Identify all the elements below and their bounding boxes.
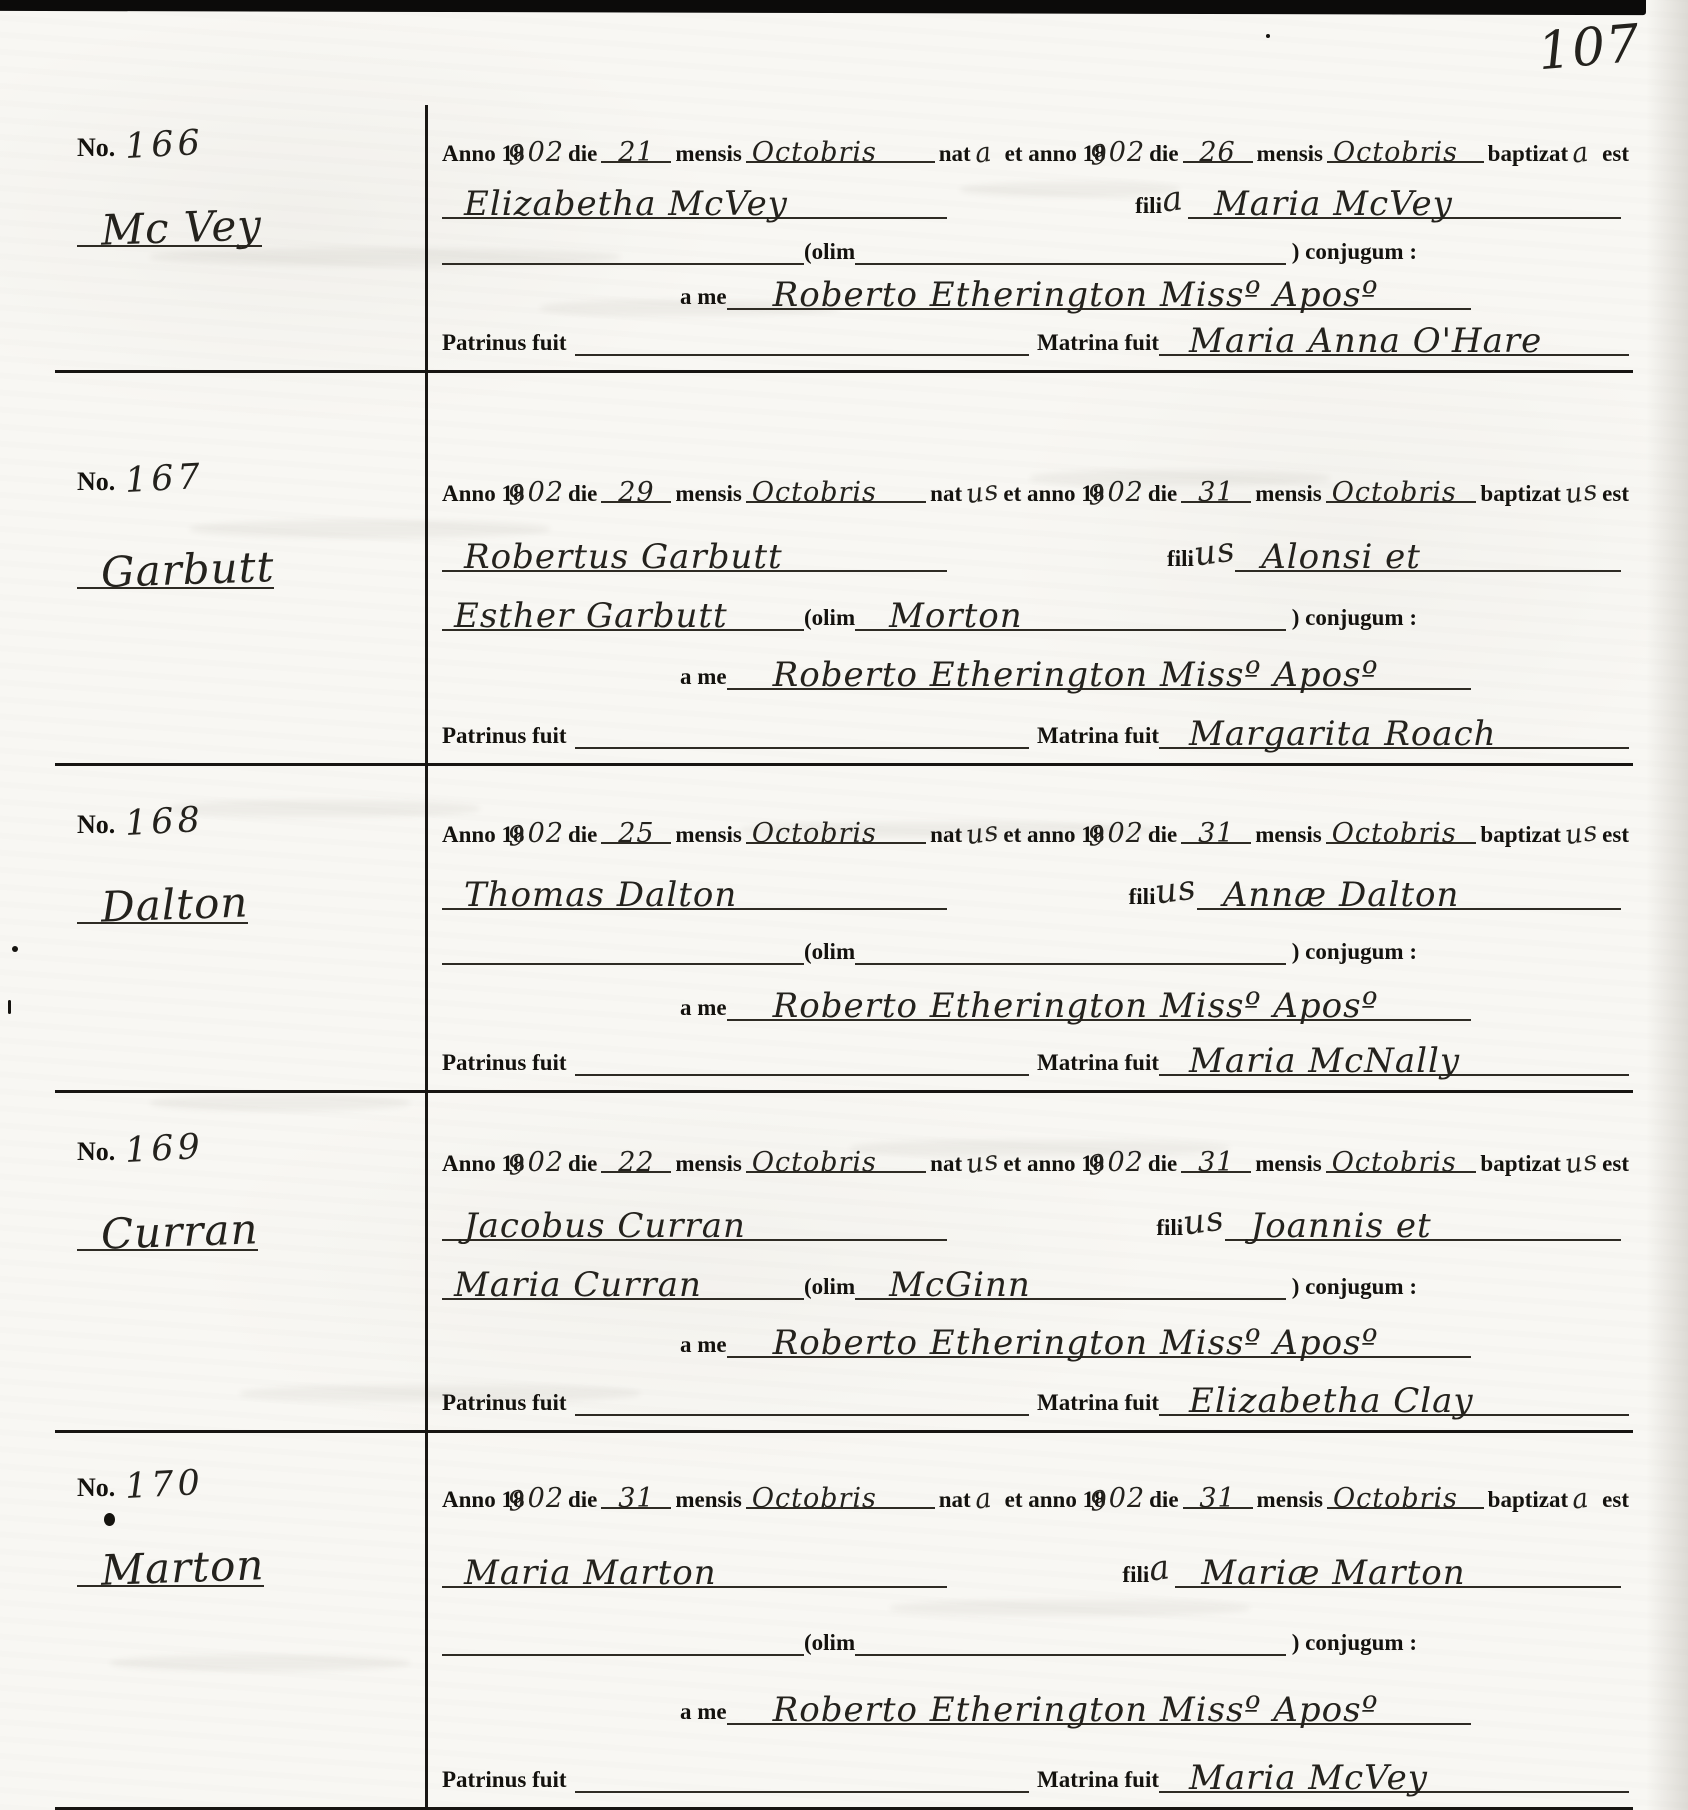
year-overwrite: 9 <box>507 820 528 853</box>
matrina-label: Matrina fuit <box>1037 1390 1159 1416</box>
child-name-line: Thomas Dalton fili us Annæ Dalton <box>442 868 1629 910</box>
dates-line: Anno 18 9 02 die 29 mensis Octobris nat … <box>442 473 1629 513</box>
matrina-label: Matrina fuit <box>1037 1767 1159 1793</box>
mensis-label: mensis <box>1257 141 1323 167</box>
year-hand: 02 <box>1109 137 1145 168</box>
maiden-name-rule: Morton <box>855 593 1286 631</box>
born-day-rule: 21 <box>601 133 671 163</box>
year-overwrite: 9 <box>1087 479 1108 512</box>
matrina-rule: Maria McVey <box>1159 1755 1629 1793</box>
maiden-name-value: McGinn <box>889 1265 1031 1305</box>
surname-line: Marton <box>77 1549 425 1587</box>
child-name-rule: Robertus Garbutt <box>442 534 947 572</box>
baptizat-suffix: us <box>1563 816 1600 851</box>
parent-name-rule: Alonsi et <box>1235 534 1621 572</box>
mother-name-rule: Maria Curran <box>442 1262 804 1300</box>
patrinus-rule <box>575 1378 1029 1416</box>
conjugum-label: ) conjugum : <box>1292 1274 1417 1300</box>
est-label: est <box>1602 141 1629 167</box>
baptized-day-value: 31 <box>1198 818 1234 849</box>
entry-number: No. 166 <box>77 125 425 165</box>
year-hand: 02 <box>1108 818 1144 849</box>
conjugum-label: ) conjugum : <box>1292 605 1417 631</box>
dates-line: Anno 18 9 02 die 21 mensis Octobris nat … <box>442 133 1629 173</box>
minister-line: a me Roberto Etherington Missº Aposº <box>680 648 1471 690</box>
minister-line: a me Roberto Etherington Missº Aposº <box>680 1316 1471 1358</box>
patrinus-rule <box>575 1038 1029 1076</box>
register-entry: No. 167 Garbutt Anno 18 9 02 die 29 mens… <box>55 370 1633 763</box>
conjugum-label: ) conjugum : <box>1292 939 1417 965</box>
fili-suffix: us <box>1191 529 1238 574</box>
die-label: die <box>1148 822 1177 848</box>
fili-label: fili <box>1156 1215 1183 1241</box>
surname-rule: Garbutt <box>77 551 274 589</box>
no-label: No. <box>77 1473 115 1503</box>
born-month-rule: Octobris <box>746 814 926 844</box>
entry-right-column: Anno 18 9 02 die 31 mensis Octobris nat … <box>428 1433 1633 1807</box>
born-day-value: 31 <box>618 1483 654 1514</box>
parent-name-value: Maria McVey <box>1214 184 1453 224</box>
nat-label: nat <box>939 141 971 167</box>
ink-speck <box>8 1000 11 1014</box>
sponsors-line: Patrinus fuit Matrina fuit Maria Anna O'… <box>442 314 1629 356</box>
child-name-rule: Maria Marton <box>442 1550 947 1588</box>
child-name-value: Maria Marton <box>464 1553 717 1593</box>
die-label: die <box>568 141 597 167</box>
minister-rule: Roberto Etherington Missº Aposº <box>727 652 1471 690</box>
parent-name-rule: Annæ Dalton <box>1197 872 1621 910</box>
mensis-label: mensis <box>1255 481 1321 507</box>
nat-suffix: a <box>973 135 1003 169</box>
baptizat-label: baptizat <box>1480 1151 1561 1177</box>
baptizat-label: baptizat <box>1488 141 1569 167</box>
baptizat-suffix: us <box>1563 475 1600 510</box>
dates-line: Anno 18 9 02 die 31 mensis Octobris nat … <box>442 1479 1629 1519</box>
maiden-name-value: Morton <box>889 596 1023 636</box>
year-overwrite: 9 <box>507 1149 528 1182</box>
child-name-value: Jacobus Curran <box>464 1206 746 1246</box>
fili-label: fili <box>1129 884 1156 910</box>
no-label: No. <box>77 810 115 840</box>
no-value: 170 <box>124 1463 205 1507</box>
baptized-day-rule: 31 <box>1181 1143 1251 1173</box>
maiden-name-line: Esther Garbutt (olim Morton ) conjugum : <box>442 589 1417 631</box>
parent-name-rule: Maria McVey <box>1188 181 1621 219</box>
patrinus-label: Patrinus fuit <box>442 1767 567 1793</box>
fili-suffix: a <box>1147 1546 1178 1589</box>
parent-name-rule: Joannis et <box>1225 1203 1621 1241</box>
est-label: est <box>1602 1487 1629 1513</box>
minister-value: Roberto Etherington Missº Aposº <box>773 1323 1379 1363</box>
baptized-day-value: 31 <box>1198 1147 1234 1178</box>
nat-suffix: a <box>973 1481 1003 1515</box>
baptized-month-rule: Octobris <box>1326 814 1477 844</box>
dates-line: Anno 18 9 02 die 22 mensis Octobris nat … <box>442 1143 1629 1183</box>
mensis-label: mensis <box>675 822 741 848</box>
est-label: est <box>1602 1151 1629 1177</box>
baptized-month-value: Octobris <box>1332 477 1457 508</box>
child-name-line: Jacobus Curran fili us Joannis et <box>442 1199 1629 1241</box>
mother-name-rule: Esther Garbutt <box>442 593 804 631</box>
matrina-rule: Margarita Roach <box>1159 711 1629 749</box>
minister-rule: Roberto Etherington Missº Aposº <box>727 272 1471 310</box>
year-hand: 02 <box>528 137 564 168</box>
maiden-name-rule: McGinn <box>855 1262 1286 1300</box>
baptizat-suffix: us <box>1563 1145 1600 1180</box>
a-me-label: a me <box>680 1332 727 1358</box>
baptized-month-rule: Octobris <box>1327 133 1484 163</box>
patrinus-rule <box>575 1755 1029 1793</box>
minister-rule: Roberto Etherington Missº Aposº <box>727 983 1471 1021</box>
year-overwrite: 9 <box>1087 820 1108 853</box>
baptizat-label: baptizat <box>1480 822 1561 848</box>
nat-label: nat <box>930 1151 962 1177</box>
born-day-rule: 22 <box>601 1143 671 1173</box>
a-me-label: a me <box>680 1699 727 1725</box>
baptized-day-rule: 31 <box>1181 473 1251 503</box>
baptizat-label: baptizat <box>1488 1487 1569 1513</box>
maiden-name-line: (olim ) conjugum : <box>442 1614 1417 1656</box>
year-overwrite: 9 <box>507 1485 528 1518</box>
baptized-day-rule: 31 <box>1183 1479 1253 1509</box>
child-name-rule: Elizabetha McVey <box>442 181 947 219</box>
year-hand: 02 <box>528 1147 564 1178</box>
register-entry: No. 168 Dalton Anno 18 9 02 die 25 mensi… <box>55 763 1633 1090</box>
baptizat-suffix: a <box>1570 1481 1600 1515</box>
olim-label: (olim <box>804 1630 855 1656</box>
no-value: 166 <box>124 123 205 167</box>
matrina-rule: Elizabetha Clay <box>1159 1378 1629 1416</box>
die-label: die <box>1149 1487 1178 1513</box>
fili-suffix: us <box>1181 1199 1228 1244</box>
parent-name-value: Alonsi et <box>1261 537 1421 577</box>
baptized-day-rule: 31 <box>1181 814 1251 844</box>
minister-line: a me Roberto Etherington Missº Aposº <box>680 979 1471 1021</box>
sponsors-line: Patrinus fuit Matrina fuit Elizabetha Cl… <box>442 1374 1629 1416</box>
register-entry: No. 170 Marton Anno 18 9 02 die 31 mensi… <box>55 1430 1633 1807</box>
fili-label: fili <box>1122 1562 1149 1588</box>
baptizat-label: baptizat <box>1480 481 1561 507</box>
maiden-name-line: (olim ) conjugum : <box>442 923 1417 965</box>
minister-value: Roberto Etherington Missº Aposº <box>773 1690 1379 1730</box>
year-hand: 02 <box>1109 1483 1145 1514</box>
born-month-value: Octobris <box>752 818 877 849</box>
maiden-name-rule <box>855 927 1286 965</box>
entry-right-column: Anno 18 9 02 die 29 mensis Octobris nat … <box>428 373 1633 763</box>
matrina-value: Margarita Roach <box>1189 714 1497 754</box>
minister-value: Roberto Etherington Missº Aposº <box>773 655 1379 695</box>
mother-name-rule <box>442 1618 804 1656</box>
surname-line: Curran <box>77 1213 425 1251</box>
a-me-label: a me <box>680 664 727 690</box>
fili-label: fili <box>1135 193 1162 219</box>
born-month-value: Octobris <box>752 1147 877 1178</box>
no-label: No. <box>77 1137 115 1167</box>
surname-rule: Mc Vey <box>77 209 262 247</box>
maiden-name-line: Maria Curran (olim McGinn ) conjugum : <box>442 1258 1417 1300</box>
minister-value: Roberto Etherington Missº Aposº <box>773 275 1379 315</box>
dates-line: Anno 18 9 02 die 25 mensis Octobris nat … <box>442 814 1629 854</box>
maiden-name-rule <box>855 1618 1286 1656</box>
mensis-label: mensis <box>1255 1151 1321 1177</box>
child-name-rule: Jacobus Curran <box>442 1203 947 1241</box>
die-label: die <box>1149 141 1178 167</box>
child-name-value: Elizabetha McVey <box>464 184 788 224</box>
surname-rule: Curran <box>77 1213 258 1251</box>
sponsors-line: Patrinus fuit Matrina fuit Maria McNally <box>442 1034 1629 1076</box>
year-overwrite: 9 <box>507 479 528 512</box>
born-day-value: 29 <box>618 477 654 508</box>
maiden-name-line: (olim ) conjugum : <box>442 223 1417 265</box>
born-day-rule: 25 <box>601 814 671 844</box>
year-overwrite: 9 <box>1087 1149 1108 1182</box>
patrinus-label: Patrinus fuit <box>442 1390 567 1416</box>
nat-suffix: us <box>964 816 1001 851</box>
mensis-label: mensis <box>1257 1487 1323 1513</box>
fili-label: fili <box>1167 546 1194 572</box>
entry-number: No. 168 <box>77 802 425 842</box>
entries: No. 166 Mc Vey Anno 18 9 02 die 21 mensi… <box>55 105 1633 1810</box>
child-name-line: Maria Marton fili a Mariæ Marton <box>442 1546 1629 1588</box>
die-label: die <box>568 822 597 848</box>
child-name-line: Elizabetha McVey fili a Maria McVey <box>442 177 1629 219</box>
mensis-label: mensis <box>675 141 741 167</box>
minister-rule: Roberto Etherington Missº Aposº <box>727 1320 1471 1358</box>
entry-left-column: No. 167 Garbutt <box>55 373 428 763</box>
baptized-month-value: Octobris <box>1332 818 1457 849</box>
matrina-label: Matrina fuit <box>1037 723 1159 749</box>
maiden-name-rule <box>855 227 1286 265</box>
surname-line: Garbutt <box>77 551 425 589</box>
surname-value: Garbutt <box>100 542 275 597</box>
olim-label: (olim <box>804 939 855 965</box>
mother-name-rule <box>442 927 804 965</box>
surname-value: Dalton <box>100 877 249 931</box>
nat-suffix: us <box>964 1145 1001 1180</box>
patrinus-rule <box>575 318 1029 356</box>
minister-value: Roberto Etherington Missº Aposº <box>773 986 1379 1026</box>
born-month-value: Octobris <box>752 137 877 168</box>
die-label: die <box>568 481 597 507</box>
surname-value: Marton <box>100 1540 265 1595</box>
minister-line: a me Roberto Etherington Missº Aposº <box>680 268 1471 310</box>
surname-rule: Dalton <box>77 886 248 924</box>
no-value: 169 <box>124 1127 205 1171</box>
child-name-value: Robertus Garbutt <box>464 537 783 577</box>
baptized-month-value: Octobris <box>1333 137 1458 168</box>
parent-name-value: Mariæ Marton <box>1201 1553 1465 1593</box>
mensis-label: mensis <box>1255 822 1321 848</box>
ink-speck <box>1266 34 1270 38</box>
child-name-value: Thomas Dalton <box>464 875 737 915</box>
register-entry: No. 169 Curran Anno 18 9 02 die 22 mensi… <box>55 1090 1633 1430</box>
die-label: die <box>1148 481 1177 507</box>
no-label: No. <box>77 467 115 497</box>
minister-line: a me Roberto Etherington Missº Aposº <box>680 1683 1471 1725</box>
surname-value: Mc Vey <box>100 200 263 255</box>
parent-name-rule: Mariæ Marton <box>1175 1550 1621 1588</box>
a-me-label: a me <box>680 995 727 1021</box>
mother-name-rule <box>442 227 804 265</box>
baptized-day-rule: 26 <box>1183 133 1253 163</box>
entry-number: No. 169 <box>77 1129 425 1169</box>
nat-label: nat <box>939 1487 971 1513</box>
mensis-label: mensis <box>675 1487 741 1513</box>
entry-number: No. 167 <box>77 459 425 499</box>
year-hand: 02 <box>528 477 564 508</box>
no-value: 167 <box>124 457 205 501</box>
surname-rule: Marton <box>77 1549 264 1587</box>
patrinus-rule <box>575 711 1029 749</box>
patrinus-label: Patrinus fuit <box>442 723 567 749</box>
conjugum-label: ) conjugum : <box>1292 239 1417 265</box>
no-label: No. <box>77 133 115 163</box>
baptized-month-rule: Octobris <box>1327 1479 1484 1509</box>
born-day-rule: 31 <box>601 1479 671 1509</box>
mother-name-value: Esther Garbutt <box>454 596 728 636</box>
baptized-day-value: 31 <box>1199 1483 1235 1514</box>
born-day-rule: 29 <box>601 473 671 503</box>
register-entry: No. 166 Mc Vey Anno 18 9 02 die 21 mensi… <box>55 105 1633 370</box>
nat-label: nat <box>930 822 962 848</box>
surname-line: Mc Vey <box>77 209 425 247</box>
ink-speck <box>104 1513 115 1526</box>
matrina-value: Maria Anna O'Hare <box>1189 321 1542 361</box>
olim-label: (olim <box>804 239 855 265</box>
entry-number: No. 170 <box>77 1465 425 1505</box>
child-name-line: Robertus Garbutt fili us Alonsi et <box>442 530 1629 572</box>
die-label: die <box>1148 1151 1177 1177</box>
year-overwrite: 9 <box>1088 139 1109 172</box>
nat-suffix: us <box>964 475 1001 510</box>
conjugum-label: ) conjugum : <box>1292 1630 1417 1656</box>
est-label: est <box>1602 481 1629 507</box>
mensis-label: mensis <box>675 481 741 507</box>
entry-left-column: No. 166 Mc Vey <box>55 105 428 370</box>
fili-suffix: us <box>1153 867 1200 912</box>
child-name-rule: Thomas Dalton <box>442 872 947 910</box>
entry-right-column: Anno 18 9 02 die 21 mensis Octobris nat … <box>428 105 1633 370</box>
matrina-label: Matrina fuit <box>1037 330 1159 356</box>
minister-rule: Roberto Etherington Missº Aposº <box>727 1687 1471 1725</box>
entry-left-column: No. 170 Marton <box>55 1433 428 1807</box>
mother-name-value: Maria Curran <box>454 1265 702 1305</box>
die-label: die <box>568 1487 597 1513</box>
year-overwrite: 9 <box>1088 1485 1109 1518</box>
parent-name-value: Annæ Dalton <box>1223 875 1460 915</box>
born-month-rule: Octobris <box>746 1143 926 1173</box>
olim-label: (olim <box>804 605 855 631</box>
no-value: 168 <box>124 800 205 844</box>
year-overwrite: 9 <box>507 139 528 172</box>
born-month-rule: Octobris <box>746 133 935 163</box>
surname-line: Dalton <box>77 886 425 924</box>
matrina-label: Matrina fuit <box>1037 1050 1159 1076</box>
born-day-value: 25 <box>618 818 654 849</box>
baptized-month-value: Octobris <box>1332 1147 1457 1178</box>
page-edge-shading <box>1646 0 1688 1810</box>
matrina-value: Elizabetha Clay <box>1189 1381 1474 1421</box>
sponsors-line: Patrinus fuit Matrina fuit Margarita Roa… <box>442 707 1629 749</box>
ink-speck <box>12 946 18 952</box>
mensis-label: mensis <box>675 1151 741 1177</box>
born-day-value: 22 <box>618 1147 654 1178</box>
est-label: est <box>1602 822 1629 848</box>
patrinus-label: Patrinus fuit <box>442 330 567 356</box>
baptized-month-rule: Octobris <box>1326 1143 1477 1173</box>
born-month-value: Octobris <box>752 1483 877 1514</box>
olim-label: (olim <box>804 1274 855 1300</box>
year-hand: 02 <box>528 1483 564 1514</box>
fili-suffix: a <box>1159 177 1190 220</box>
year-hand: 02 <box>1108 477 1144 508</box>
matrina-value: Maria McVey <box>1189 1758 1428 1798</box>
die-label: die <box>568 1151 597 1177</box>
matrina-rule: Maria McNally <box>1159 1038 1629 1076</box>
baptizat-suffix: a <box>1570 135 1600 169</box>
year-hand: 02 <box>1108 1147 1144 1178</box>
sponsors-line: Patrinus fuit Matrina fuit Maria McVey <box>442 1751 1629 1793</box>
born-day-value: 21 <box>618 137 654 168</box>
surname-value: Curran <box>100 1204 259 1258</box>
page-number: 107 <box>1535 14 1642 83</box>
a-me-label: a me <box>680 284 727 310</box>
entry-left-column: No. 169 Curran <box>55 1093 428 1430</box>
matrina-rule: Maria Anna O'Hare <box>1159 318 1629 356</box>
baptized-month-rule: Octobris <box>1326 473 1477 503</box>
born-month-rule: Octobris <box>746 1479 935 1509</box>
patrinus-label: Patrinus fuit <box>442 1050 567 1076</box>
baptized-day-value: 26 <box>1199 137 1235 168</box>
entry-left-column: No. 168 Dalton <box>55 766 428 1090</box>
parent-name-value: Joannis et <box>1251 1206 1432 1246</box>
entry-right-column: Anno 18 9 02 die 22 mensis Octobris nat … <box>428 1093 1633 1430</box>
scan-edge-band <box>0 0 1646 15</box>
year-hand: 02 <box>528 818 564 849</box>
born-month-rule: Octobris <box>746 473 926 503</box>
entry-right-column: Anno 18 9 02 die 25 mensis Octobris nat … <box>428 766 1633 1090</box>
baptized-day-value: 31 <box>1198 477 1234 508</box>
nat-label: nat <box>930 481 962 507</box>
matrina-value: Maria McNally <box>1189 1041 1460 1081</box>
born-month-value: Octobris <box>752 477 877 508</box>
baptized-month-value: Octobris <box>1333 1483 1458 1514</box>
